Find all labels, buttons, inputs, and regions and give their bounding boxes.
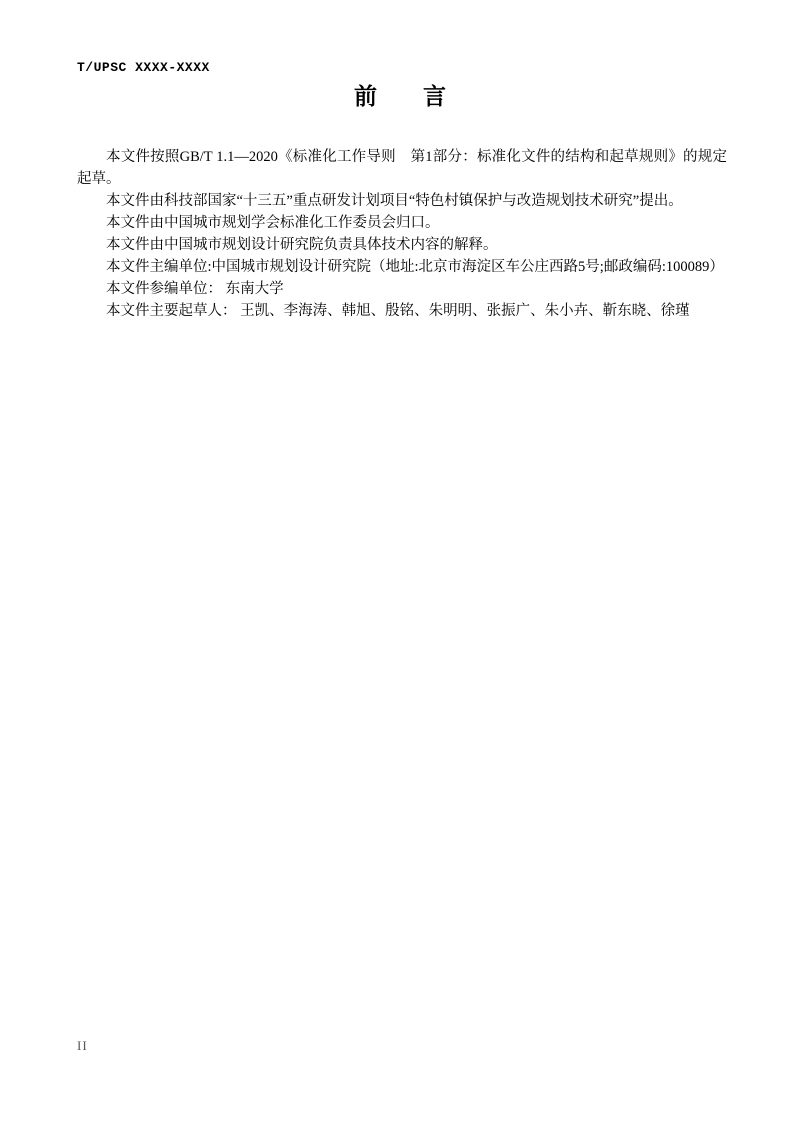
document-page: T/UPSC XXXX-XXXX 前 言 本文件按照GB/T 1.1—2020《… [0, 0, 800, 1132]
foreword-paragraph-drafting-rules: 本文件按照GB/T 1.1—2020《标准化工作导则 第1部分：标准化文件的结构… [77, 146, 727, 190]
foreword-paragraph-drafters: 本文件主要起草人： 王凯、李海涛、韩旭、殷铭、朱明明、张振广、朱小卉、靳东晓、徐… [77, 300, 727, 322]
page-number: II [77, 1038, 88, 1054]
foreword-paragraph-centralized-by: 本文件由中国城市规划学会标准化工作委员会归口。 [77, 212, 727, 234]
page-title: 前 言 [0, 82, 800, 110]
foreword-paragraph-chief-editor-unit: 本文件主编单位:中国城市规划设计研究院（地址:北京市海淀区车公庄西路5号;邮政编… [77, 256, 727, 278]
foreword-paragraph-proposed-by: 本文件由科技部国家“十三五”重点研发计划项目“特色村镇保护与改造规划技术研究”提… [77, 190, 727, 212]
foreword-body: 本文件按照GB/T 1.1—2020《标准化工作导则 第1部分：标准化文件的结构… [77, 146, 727, 322]
standard-number-header: T/UPSC XXXX-XXXX [77, 60, 210, 75]
foreword-paragraph-participating-unit: 本文件参编单位： 东南大学 [77, 278, 727, 300]
foreword-paragraph-interpretation: 本文件由中国城市规划设计研究院负责具体技术内容的解释。 [77, 234, 727, 256]
